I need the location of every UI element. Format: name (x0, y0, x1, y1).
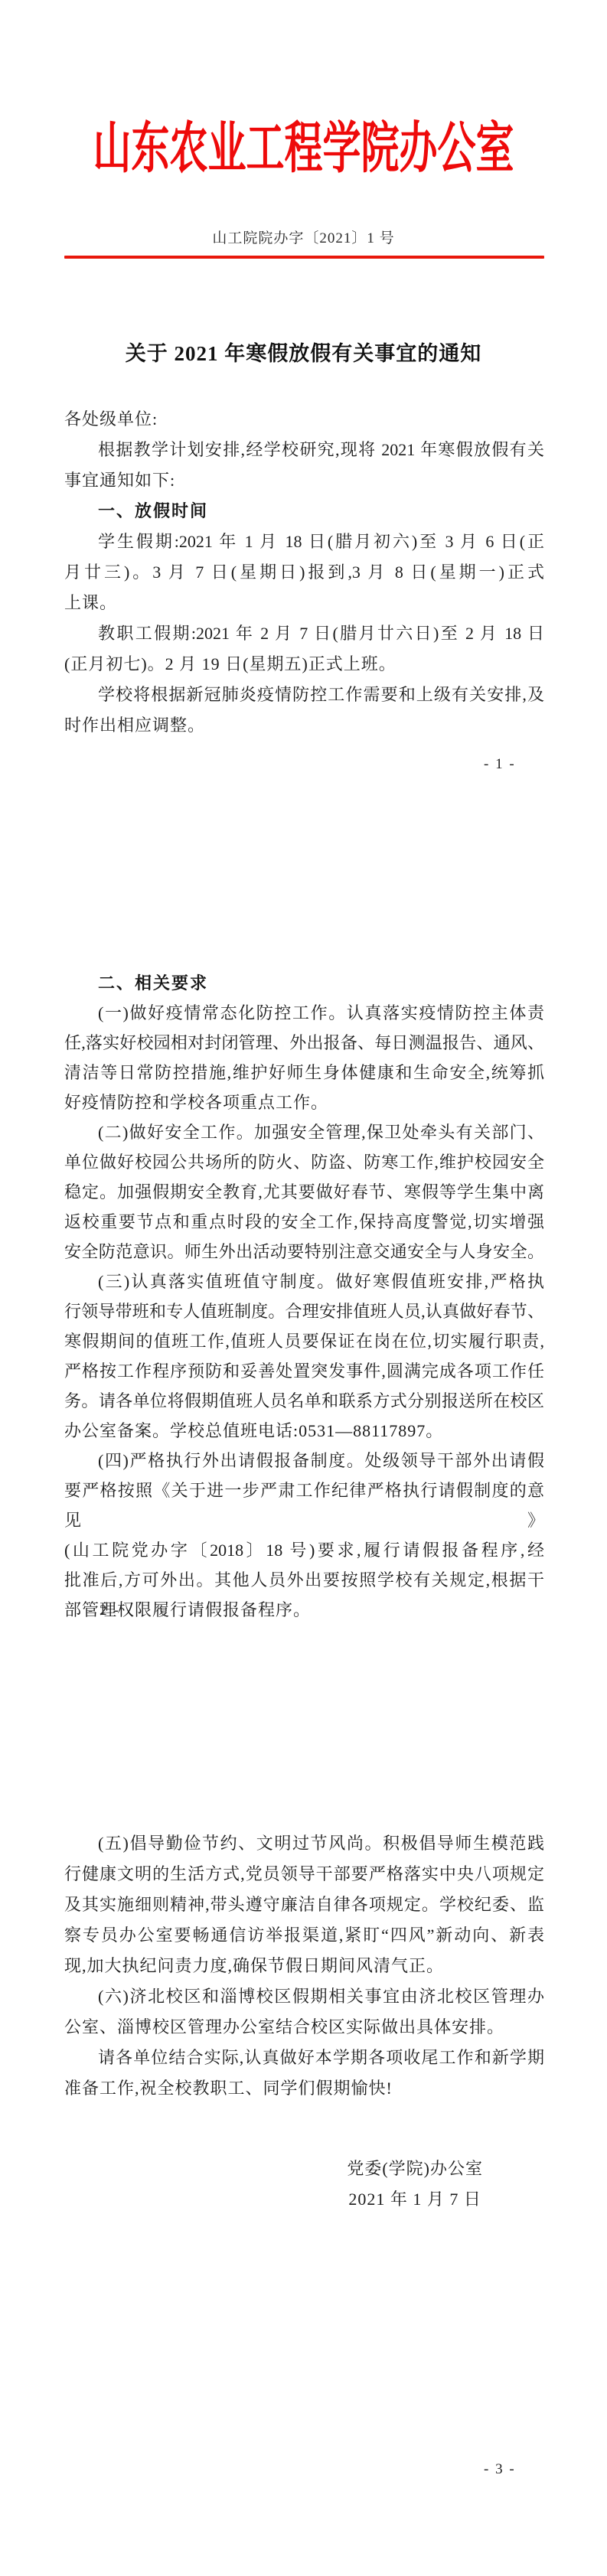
text-line: 公室、淄博校区管理办公室结合校区实际做出具体安排。 (64, 2012, 544, 2043)
text-line: 请各单位结合实际,认真做好本学期各项收尾工作和新学期 (64, 2043, 544, 2073)
text-line: 月廿三)。3 月 7 日(星期日)报到,3 月 8 日(星期一)正式 (64, 557, 544, 588)
text-line: 寒假期间的值班工作,值班人员要保证在岗在位,切实履行职责, (64, 1326, 544, 1356)
document-canvas: { "accent_color": "#ee0a0a", "masthead":… (0, 0, 607, 2576)
text-line: 返校重要节点和重点时段的安全工作,保持高度警觉,切实增强 (64, 1207, 544, 1237)
page-number-2: - 2 - (88, 1603, 120, 1619)
text-line: (山工院党办字〔2018〕18 号)要求,履行请假报备程序,经 (64, 1535, 544, 1565)
section-heading: 一、放假时间 (64, 496, 544, 527)
text-line: (正月初七)。2 月 19 日(星期五)正式上班。 (64, 649, 544, 680)
text-line: 稳定。加强假期安全教育,尤其要做好春节、寒假等学生集中离 (64, 1177, 544, 1207)
text-line: 单位做好校园公共场所的防火、防盗、防寒工作,维护校园安全 (64, 1147, 544, 1177)
page-1-body: 各处级单位:根据教学计划安排,经学校研究,现将 2021 年寒假放假有关事宜通知… (64, 404, 544, 741)
notice-title: 关于 2021 年寒假放假有关事宜的通知 (0, 340, 607, 367)
page-number-3: - 3 - (484, 2461, 516, 2478)
text-line: 及其实施细则精神,带头遵守廉洁自律各项规定。学校纪委、监 (64, 1890, 544, 1920)
text-line: 教职工假期:2021 年 2 月 7 日(腊月廿六日)至 2 月 18 日 (64, 618, 544, 649)
text-line: 察专员办公室要畅通信访举报渠道,紧盯“四风”新动向、新表 (64, 1920, 544, 1951)
text-line: 行健康文明的生活方式,党员领导干部要严格落实中央八项规定 (64, 1859, 544, 1890)
text-line: 时作出相应调整。 (64, 710, 544, 741)
text-line: 上课。 (64, 588, 544, 618)
text-line: 学校将根据新冠肺炎疫情防控工作需要和上级有关安排,及 (64, 680, 544, 710)
document-number: 山工院院办字〔2021〕1 号 (0, 230, 607, 248)
text-line: 批准后,方可外出。其他人员外出要按照学校有关规定,根据干 (64, 1565, 544, 1595)
text-line: (四)严格执行外出请假报备制度。处级领导干部外出请假 (64, 1446, 544, 1475)
text-line: 务。请各单位将假期值班人员名单和联系方式分别报送所在校区 (64, 1386, 544, 1416)
red-divider-line (64, 256, 544, 259)
text-line: 行领导带班和专人值班制度。合理安排值班人员,认真做好春节、 (64, 1296, 544, 1326)
text-line: 办公室备案。学校总值班电话:0531—88117897。 (64, 1416, 544, 1446)
text-line: 根据教学计划安排,经学校研究,现将 2021 年寒假放假有关 (64, 435, 544, 465)
text-line: (三)认真落实值班值守制度。做好寒假值班安排,严格执 (64, 1267, 544, 1296)
signature-block: 党委(学院)办公室 2021 年 1 月 7 日 (347, 2154, 483, 2215)
text-line: 安全防范意识。师生外出活动要特别注意交通安全与人身安全。 (64, 1237, 544, 1267)
text-line: 学生假期:2021 年 1 月 18 日(腊月初六)至 3 月 6 日(正 (64, 527, 544, 557)
signature-org: 党委(学院)办公室 (347, 2154, 483, 2184)
text-line: (二)做好安全工作。加强安全管理,保卫处牵头有关部门、 (64, 1117, 544, 1147)
text-line: (六)济北校区和淄博校区假期相关事宜由济北校区管理办 (64, 1981, 544, 2012)
text-line: 准备工作,祝全校教职工、同学们假期愉快! (64, 2073, 544, 2104)
text-line: 各处级单位: (64, 404, 544, 435)
text-line: 现,加大执纪问责力度,确保节假日期间风清气正。 (64, 1951, 544, 1981)
section-heading: 二、相关要求 (64, 968, 544, 998)
text-line: 事宜通知如下: (64, 465, 544, 496)
org-title: 山东农业工程学院办公室 (0, 109, 607, 188)
page-3-body: (五)倡导勤俭节约、文明过节风尚。积极倡导师生模范践行健康文明的生活方式,党员领… (64, 1828, 544, 2104)
text-line: 任,落实好校园相对封闭管理、外出报备、每日测温报告、通风、 (64, 1028, 544, 1058)
page-2-body: 二、相关要求(一)做好疫情常态化防控工作。认真落实疫情防控主体责任,落实好校园相… (64, 968, 544, 1625)
signature-date: 2021 年 1 月 7 日 (347, 2184, 483, 2215)
text-line: 部管理权限履行请假报备程序。 (64, 1595, 544, 1625)
text-line: (五)倡导勤俭节约、文明过节风尚。积极倡导师生模范践 (64, 1828, 544, 1859)
text-line: 清洁等日常防控措施,维护好师生身体健康和生命安全,统筹抓 (64, 1058, 544, 1087)
text-line: 要严格按照《关于进一步严肃工作纪律严格执行请假制度的意见》 (64, 1475, 544, 1535)
page-number-1: - 1 - (484, 756, 516, 773)
text-line: 好疫情防控和学校各项重点工作。 (64, 1087, 544, 1117)
text-line: 严格按工作程序预防和妥善处置突发事件,圆满完成各项工作任 (64, 1356, 544, 1386)
text-line: (一)做好疫情常态化防控工作。认真落实疫情防控主体责 (64, 998, 544, 1028)
